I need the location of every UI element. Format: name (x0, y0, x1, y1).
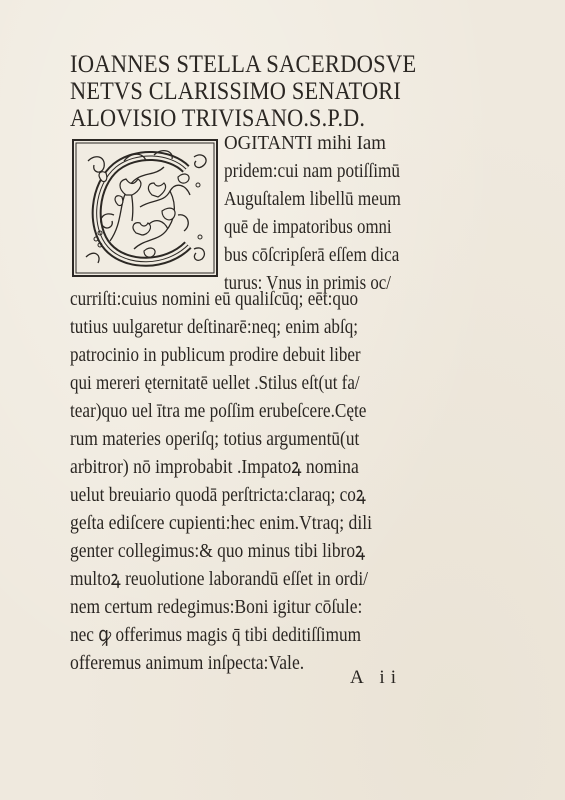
text-line-10: qui mereri ęternitatē uellet .Stilus eſt… (70, 372, 360, 394)
text-line-20: offeremus animum inſpecta:Vale. (70, 652, 304, 674)
text-line-15: geſta ediſcere cupienti:hec enim.Vtraq; … (70, 512, 372, 534)
text-line-4: quē de impatoribus omni (224, 216, 392, 238)
drop-cap-initial (72, 139, 218, 277)
text-line-11: tear)quo uel ītra me poſſim erubeſcere.C… (70, 400, 366, 422)
text-line-19: nec ꝙ offerimus magis q̄ tibi deditiſſim… (70, 624, 361, 646)
heading-line-3: ALOVISIO TRIVISANO.S.P.D. (70, 106, 365, 132)
text-line-12: rum materies operiſq; totius argumentū(u… (70, 428, 359, 450)
text-line-5: bus cōſcripſerā eſſem dica (224, 244, 399, 266)
book-page: IOANNES STELLA SACERDOSVE NETVS CLARISSI… (0, 0, 565, 800)
text-line-18: nem certum redegimus:Boni igitur cōſule: (70, 596, 362, 618)
floriated-c-icon (74, 141, 216, 275)
text-line-7: curriſti:cuius nomini eū qualiſcūq; eēt:… (70, 288, 358, 310)
text-line-3: Auguſtalem libellū meum (224, 188, 401, 210)
text-line-8: tutius uulgaretur deſtinarē:neq; enim ab… (70, 316, 358, 338)
text-line-1: OGITANTI mihi Iam (224, 132, 386, 154)
text-line-16: genter collegimus:& quo minus tibi libro… (70, 540, 365, 562)
heading-line-1: IOANNES STELLA SACERDOSVE (70, 52, 416, 78)
text-line-17: multoꝝ reuolutione laborandū eſſet in or… (70, 568, 368, 590)
text-line-14: uelut breuiario quodā perſtricta:claraq;… (70, 484, 366, 506)
text-line-2: pridem:cui nam potiſſimū (224, 160, 400, 182)
text-line-9: patrocinio in publicum prodire debuit li… (70, 344, 361, 366)
signature-mark: A ii (350, 667, 402, 689)
text-line-13: arbitror) nō improbabit .Impatoꝝ nomina (70, 456, 359, 478)
heading-line-2: NETVS CLARISSIMO SENATORI (70, 79, 401, 105)
